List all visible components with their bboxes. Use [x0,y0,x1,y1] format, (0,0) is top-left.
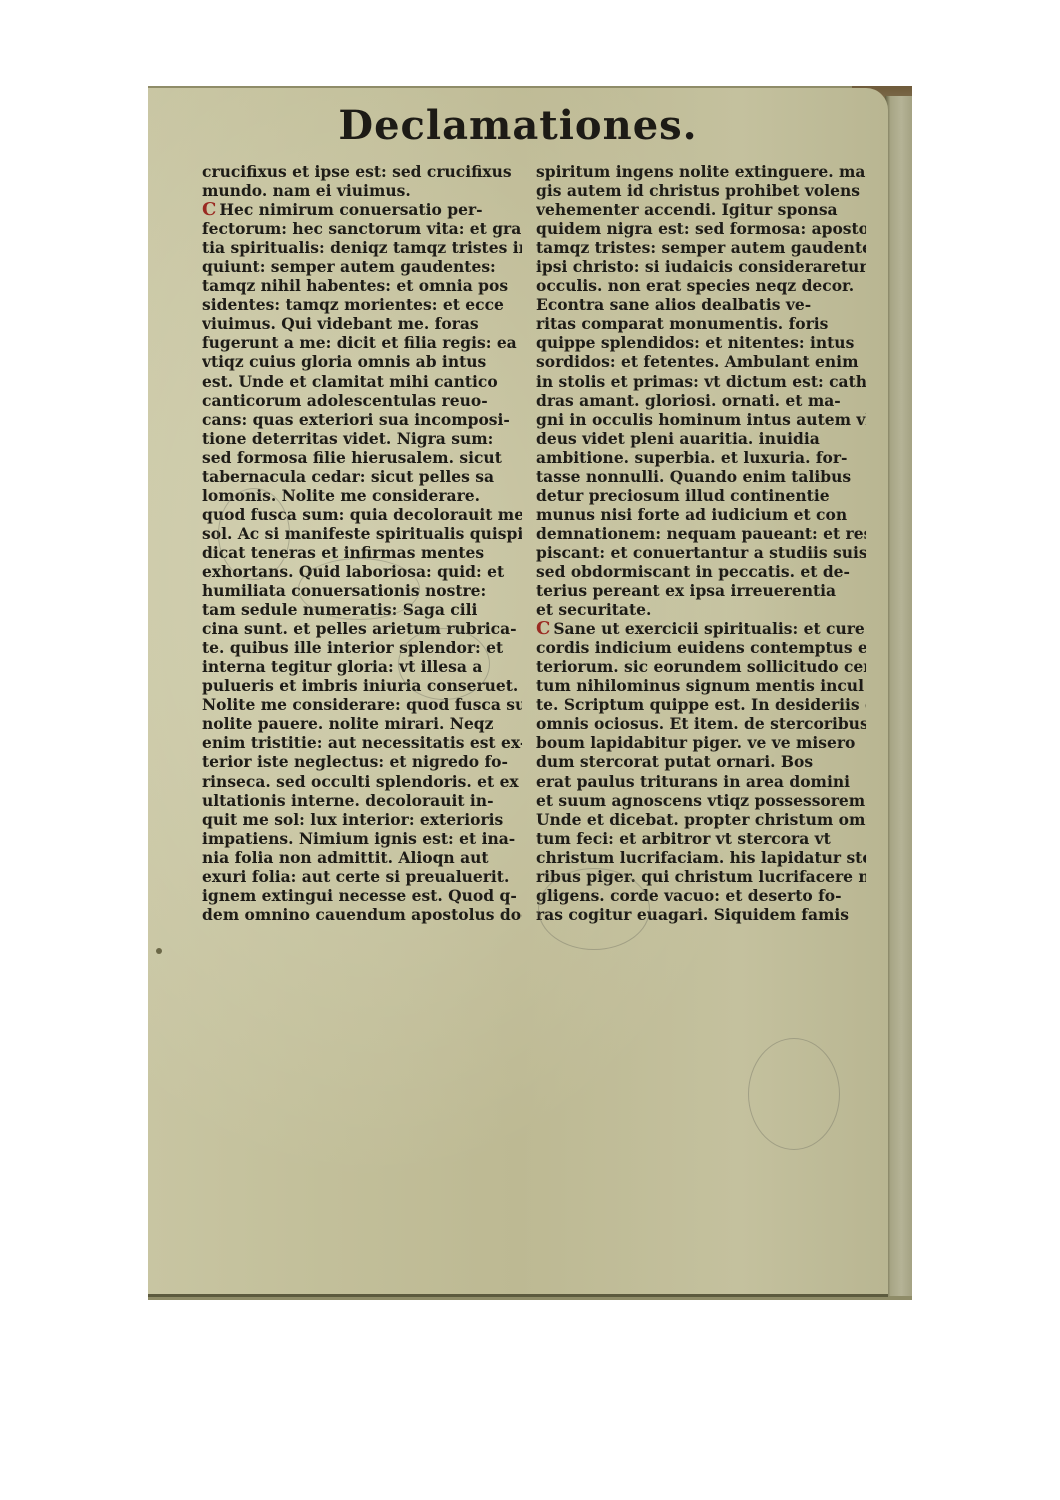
text-line: rinseca. sed occulti splendoris. et ex [202,772,522,791]
text-line: sordidos: et fetentes. Ambulant enim [536,352,866,371]
text-line-content: demnationem: nequam paueant: et resi- [536,524,866,543]
text-line: sed formosa filie hierusalem. sicut [202,448,522,467]
page-leaf: Declamationes. crucifixus et ipse est: s… [148,88,888,1297]
text-line: in stolis et primas: vt dictum est: cath… [536,372,866,391]
text-line: vehementer accendi. Igitur sponsa [536,200,866,219]
text-line: ribus piger. qui christum lucrifacere ne… [536,867,866,886]
text-line-content: tamqz nihil habentes: et omnia pos [202,276,508,295]
text-line: enim tristitie: aut necessitatis est ex- [202,733,522,752]
text-line: tam sedule numeratis: Saga cili [202,600,522,619]
text-line-content: Nolite me considerare: quod fusca sum: [202,695,522,714]
text-line-content: sed obdormiscant in peccatis. et de- [536,562,850,581]
text-line: omnis ociosus. Et item. de stercoribus [536,714,866,733]
text-line-content: detur preciosum illud continentie [536,486,830,505]
text-line: Nolite me considerare: quod fusca sum: [202,695,522,714]
text-line: fectorum: hec sanctorum vita: et gra [202,219,522,238]
text-column-right: spiritum ingens nolite extinguere. magis… [536,162,866,924]
text-line: erat paulus triturans in area domini [536,772,866,791]
text-line: sol. Ac si manifeste spiritualis quispia… [202,524,522,543]
text-line: ritas comparat monumentis. foris [536,314,866,333]
text-line-content: Sane ut exercicii spiritualis: et cure [553,619,864,638]
running-head: Declamationes. [148,102,888,149]
text-line: dras amant. gloriosi. ornati. et ma- [536,391,866,410]
text-line-content: terior iste neglectus: et nigredo fo- [202,752,508,771]
text-line: viuimus. Qui videbant me. foras [202,314,522,333]
text-line-content: te. quibus ille interior splendor: et [202,638,503,657]
text-line: ultationis interne. decolorauit in- [202,791,522,810]
text-line: te. Scriptum quippe est. In desideriis e… [536,695,866,714]
text-line: quiunt: semper autem gaudentes: [202,257,522,276]
text-line-content: piscant: et conuertantur a studiis suis. [536,543,866,562]
text-line-content: ras cogitur euagari. Siquidem famis [536,905,849,924]
text-line-content: vehementer accendi. Igitur sponsa [536,200,838,219]
text-line-content: sed formosa filie hierusalem. sicut [202,448,502,467]
text-line: quod fusca sum: quia decolorauit me [202,505,522,524]
text-line: et suum agnoscens vtiqz possessorem. [536,791,866,810]
text-line-content: erat paulus triturans in area domini [536,772,850,791]
text-line: tasse nonnulli. Quando enim talibus [536,467,866,486]
text-line-content: ipsi christo: si iudaicis consideraretur [536,257,866,276]
text-line-content: vtiqz cuius gloria omnis ab intus [202,352,486,371]
text-line-content: deus videt pleni auaritia. inuidia [536,429,820,448]
text-line: pulueris et imbris iniuria conseruet. [202,676,522,695]
text-line-content: pulueris et imbris iniuria conseruet. [202,676,518,695]
text-line-content: occulis. non erat species neqz decor. [536,276,854,295]
text-line-content: ritas comparat monumentis. foris [536,314,828,333]
text-line-content: fugerunt a me: dicit et filia regis: ea [202,333,517,352]
text-line-content: tasse nonnulli. Quando enim talibus [536,467,851,486]
text-line: sidentes: tamqz morientes: et ecce [202,295,522,314]
text-line: quit me sol: lux interior: exterioris [202,810,522,829]
text-line: Econtra sane alios dealbatis ve- [536,295,866,314]
text-line: terius pereant ex ipsa irreuerentia [536,581,866,600]
text-line: nolite pauere. nolite mirari. Neqz [202,714,522,733]
text-line-content: quippe splendidos: et nitentes: intus [536,333,854,352]
text-line-content: interna tegitur gloria: vt illesa a [202,657,482,676]
text-line-content: ribus piger. qui christum lucrifacere ne… [536,867,866,886]
text-line: quidem nigra est: sed formosa: apostoli [536,219,866,238]
text-line-content: ambitione. superbia. et luxuria. for- [536,448,847,467]
text-line-content: ignem extingui necesse est. Quod q- [202,886,517,905]
text-line: et securitate. [536,600,866,619]
text-line-content: quod fusca sum: quia decolorauit me [202,505,522,524]
text-line: spiritum ingens nolite extinguere. ma [536,162,866,181]
text-line-content: fectorum: hec sanctorum vita: et gra [202,219,521,238]
text-line: sed obdormiscant in peccatis. et de- [536,562,866,581]
text-line: tum nihilominus signum mentis incul [536,676,866,695]
text-line: est. Unde et clamitat mihi cantico [202,372,522,391]
text-line-content: sidentes: tamqz morientes: et ecce [202,295,504,314]
text-line: CHec nimirum conuersatio per- [202,200,522,219]
text-line: canticorum adolescentulas reuo- [202,391,522,410]
adjacent-leaf-edge [885,96,912,1296]
text-line-content: tia spiritualis: deniqz tamqz tristes in… [202,238,522,257]
text-line-content: dem omnino cauendum apostolus docet: [202,905,522,924]
text-line: ambitione. superbia. et luxuria. for- [536,448,866,467]
text-line: vtiqz cuius gloria omnis ab intus [202,352,522,371]
rubric-paragraph-mark: C [536,619,550,638]
rubric-paragraph-mark: C [202,200,216,219]
text-line-content: gis autem id christus prohibet volens eu… [536,181,866,200]
text-line: impatiens. Nimium ignis est: et ina- [202,829,522,848]
text-line: boum lapidabitur piger. ve ve misero [536,733,866,752]
text-line: tum feci: et arbitror vt stercora vt [536,829,866,848]
text-line: quippe splendidos: et nitentes: intus [536,333,866,352]
text-line-content: viuimus. Qui videbant me. foras [202,314,479,333]
text-line-content: tamqz tristes: semper autem gaudentes [536,238,866,257]
text-line-content: quidem nigra est: sed formosa: apostoli [536,219,866,238]
text-line: dum stercorat putat ornari. Bos [536,752,866,771]
text-line-content: nia folia non admittit. Alioqn aut [202,848,489,867]
text-line: ignem extingui necesse est. Quod q- [202,886,522,905]
text-line: ras cogitur euagari. Siquidem famis [536,905,866,924]
text-line-content: dras amant. gloriosi. ornati. et ma- [536,391,841,410]
text-line: fugerunt a me: dicit et filia regis: ea [202,333,522,352]
text-line-content: sordidos: et fetentes. Ambulant enim [536,352,858,371]
text-line-content: in stolis et primas: vt dictum est: cath… [536,372,866,391]
text-line: terior iste neglectus: et nigredo fo- [202,752,522,771]
text-line-content: nolite pauere. nolite mirari. Neqz [202,714,493,733]
text-line-content: dum stercorat putat ornari. Bos [536,752,813,771]
text-line: mundo. nam ei viuimus. [202,181,522,200]
text-line: Unde et dicebat. propter christum omnia … [536,810,866,829]
text-line-content: Unde et dicebat. propter christum omnia … [536,810,866,829]
text-line: teriorum. sic eorundem sollicitudo cer [536,657,866,676]
text-line-content: canticorum adolescentulas reuo- [202,391,488,410]
text-line-content: boum lapidabitur piger. ve ve misero [536,733,855,752]
text-line: gis autem id christus prohibet volens eu… [536,181,866,200]
text-line: cans: quas exteriori sua incomposi- [202,410,522,429]
text-line: deus videt pleni auaritia. inuidia [536,429,866,448]
text-line: te. quibus ille interior splendor: et [202,638,522,657]
text-line: tia spiritualis: deniqz tamqz tristes in… [202,238,522,257]
text-line-content: quit me sol: lux interior: exterioris [202,810,503,829]
text-line: tamqz nihil habentes: et omnia pos [202,276,522,295]
text-line: cina sunt. et pelles arietum rubrica- [202,619,522,638]
text-line-content: est. Unde et clamitat mihi cantico [202,372,498,391]
text-line-content: cans: quas exteriori sua incomposi- [202,410,510,429]
text-line-content: rinseca. sed occulti splendoris. et ex [202,772,519,791]
text-line: humiliata conuersationis nostre: [202,581,522,600]
text-line-content: crucifixus et ipse est: sed crucifixus [202,162,512,181]
text-line: gligens. corde vacuo: et deserto fo- [536,886,866,905]
text-line: exhortans. Quid laboriosa: quid: et [202,562,522,581]
text-line-content: sol. Ac si manifeste spiritualis quispia… [202,524,522,543]
text-line-content: ultationis interne. decolorauit in- [202,791,494,810]
text-line-content: mundo. nam ei viuimus. [202,181,411,200]
text-line: gni in occulis hominum intus autem vbi [536,410,866,429]
text-line: cordis indicium euidens contemptus ex [536,638,866,657]
text-line-content: enim tristitie: aut necessitatis est ex- [202,733,522,752]
text-line-content: et suum agnoscens vtiqz possessorem. [536,791,866,810]
text-line: tamqz tristes: semper autem gaudentes [536,238,866,257]
text-line-content: cina sunt. et pelles arietum rubrica- [202,619,517,638]
text-line-content: christum lucrifaciam. his lapidatur ster… [536,848,866,867]
text-line-content: quiunt: semper autem gaudentes: [202,257,496,276]
text-line-content: lomonis. Nolite me considerare. [202,486,480,505]
text-line-content: munus nisi forte ad iudicium et con [536,505,847,524]
text-line-content: exhortans. Quid laboriosa: quid: et [202,562,504,581]
text-line: CSane ut exercicii spiritualis: et cure [536,619,866,638]
text-line-content: cordis indicium euidens contemptus ex [536,638,866,657]
text-line-content: exuri folia: aut certe si preualuerit. [202,867,509,886]
text-line-content: gligens. corde vacuo: et deserto fo- [536,886,842,905]
text-line: crucifixus et ipse est: sed crucifixus [202,162,522,181]
text-line-content: dicat teneras et infirmas mentes [202,543,484,562]
text-line: demnationem: nequam paueant: et resi- [536,524,866,543]
text-line-content: omnis ociosus. Et item. de stercoribus [536,714,866,733]
text-line-content: spiritum ingens nolite extinguere. ma [536,162,865,181]
text-line-content: tabernacula cedar: sicut pelles sa [202,467,494,486]
text-line-content: tum nihilominus signum mentis incul [536,676,864,695]
text-line: occulis. non erat species neqz decor. [536,276,866,295]
text-line: interna tegitur gloria: vt illesa a [202,657,522,676]
text-line: ipsi christo: si iudaicis consideraretur [536,257,866,276]
text-line: lomonis. Nolite me considerare. [202,486,522,505]
text-line: dem omnino cauendum apostolus docet: [202,905,522,924]
text-line-content: Econtra sane alios dealbatis ve- [536,295,811,314]
text-line: nia folia non admittit. Alioqn aut [202,848,522,867]
text-line-content: impatiens. Nimium ignis est: et ina- [202,829,515,848]
text-line-content: et securitate. [536,600,651,619]
text-line: tabernacula cedar: sicut pelles sa [202,467,522,486]
text-line: munus nisi forte ad iudicium et con [536,505,866,524]
text-line-content: te. Scriptum quippe est. In desideriis e… [536,695,866,714]
manuscript-photo: Declamationes. crucifixus et ipse est: s… [148,86,912,1300]
text-line-content: humiliata conuersationis nostre: [202,581,486,600]
text-column-left: crucifixus et ipse est: sed crucifixusmu… [202,162,522,924]
text-line: christum lucrifaciam. his lapidatur ster… [536,848,866,867]
text-line-content: gni in occulis hominum intus autem vbi [536,410,866,429]
text-line: dicat teneras et infirmas mentes [202,543,522,562]
text-line-content: terius pereant ex ipsa irreuerentia [536,581,836,600]
text-line: tione deterritas videt. Nigra sum: [202,429,522,448]
text-line-content: tum feci: et arbitror vt stercora vt [536,829,831,848]
text-line-content: tam sedule numeratis: Saga cili [202,600,477,619]
text-line: piscant: et conuertantur a studiis suis. [536,543,866,562]
text-line-content: teriorum. sic eorundem sollicitudo cer [536,657,866,676]
text-line: detur preciosum illud continentie [536,486,866,505]
text-line-content: Hec nimirum conuersatio per- [219,200,482,219]
stamp-trace [748,1038,840,1150]
paper-spot [156,948,162,954]
text-line: exuri folia: aut certe si preualuerit. [202,867,522,886]
text-line-content: tione deterritas videt. Nigra sum: [202,429,493,448]
